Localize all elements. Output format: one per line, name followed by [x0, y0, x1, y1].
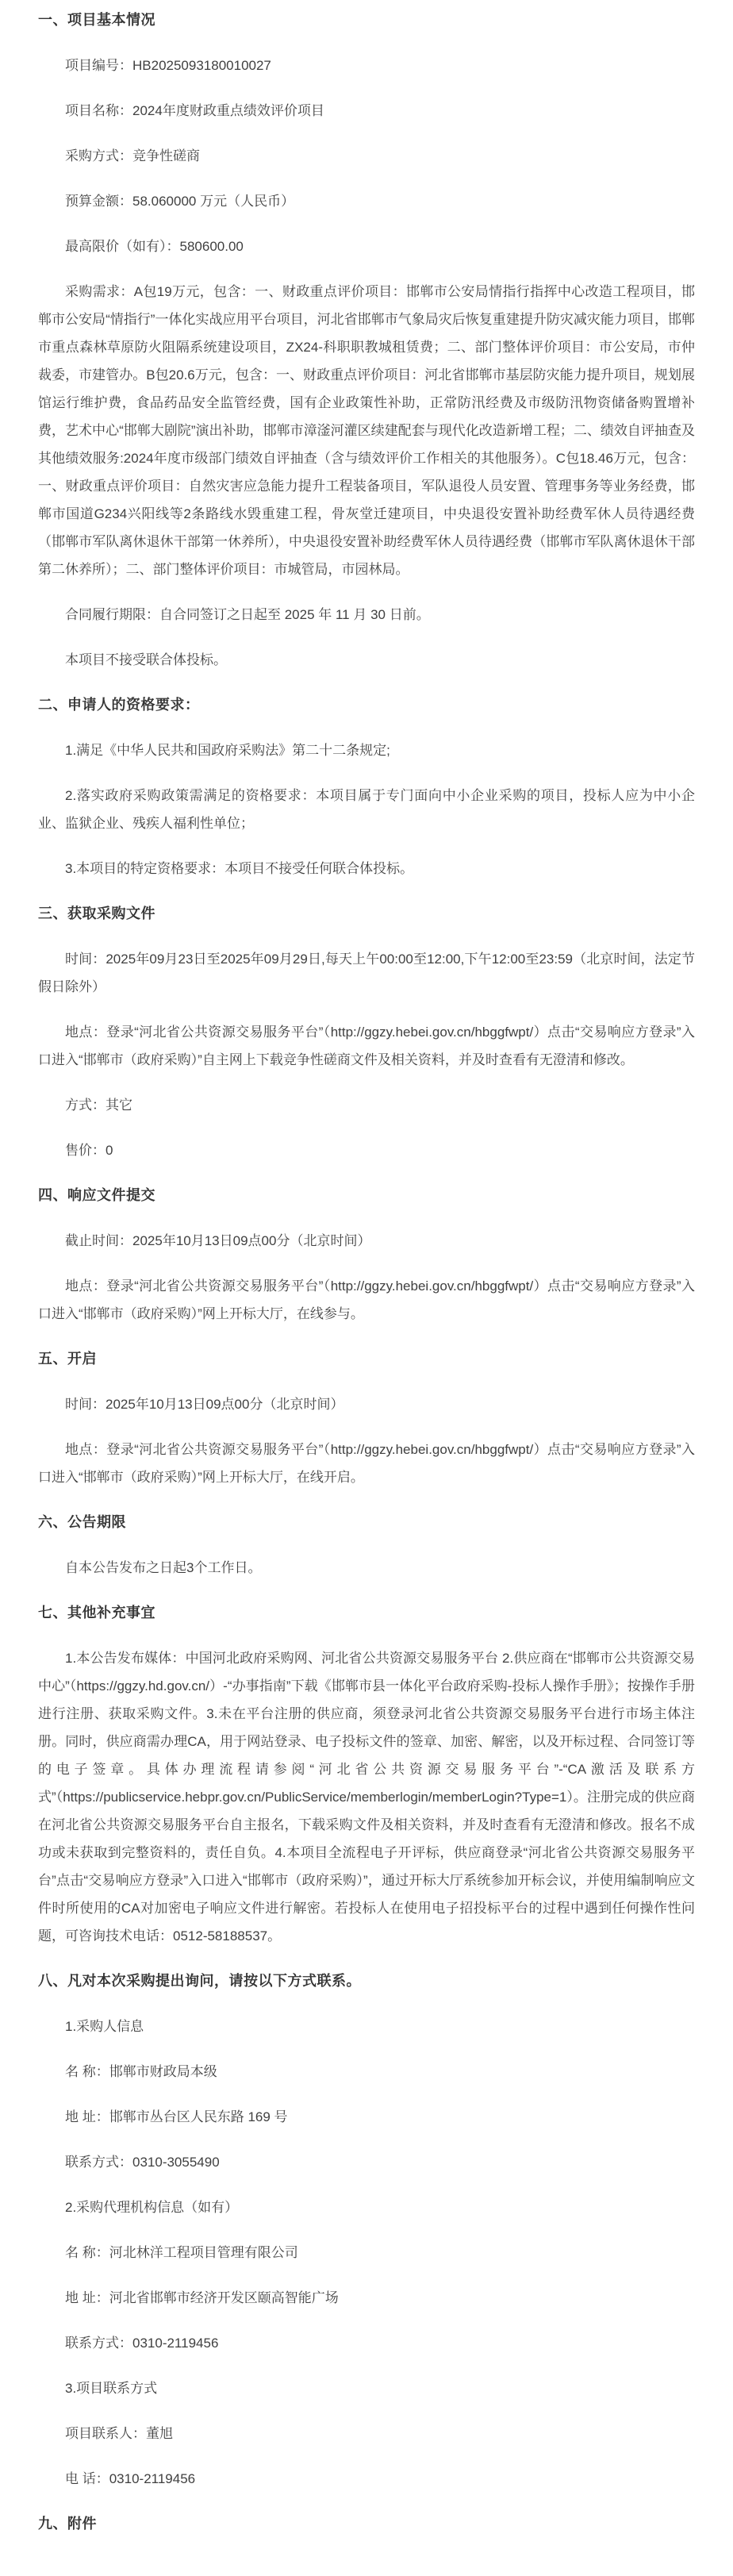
section-heading-basic-info: 一、项目基本情况 — [38, 6, 695, 34]
qualification-item-1: 1.满足《中华人民共和国政府采购法》第二十二条规定; — [38, 736, 695, 764]
obtain-documents-time: 时间：2025年09月23日至2025年09月29日,每天上午00:00至12:… — [38, 945, 695, 1001]
section-heading-response-submission: 四、响应文件提交 — [38, 1182, 695, 1209]
project-contact-person: 项目联系人：董旭 — [38, 2420, 695, 2447]
procurement-notice-document: 一、项目基本情况 项目编号：HB2025093180010027 项目名称：20… — [0, 0, 733, 2576]
section-heading-applicant-qualifications: 二、申请人的资格要求： — [38, 691, 695, 719]
qualification-item-2: 2.落实政府采购政策需满足的资格要求：本项目属于专门面向中小企业采购的项目，投标… — [38, 782, 695, 837]
agency-name: 名 称：河北林洋工程项目管理有限公司 — [38, 2239, 695, 2266]
section-heading-obtain-documents: 三、获取采购文件 — [38, 900, 695, 928]
project-number: 项目编号：HB2025093180010027 — [38, 52, 695, 79]
max-price-limit: 最高限价（如有）：580600.00 — [38, 233, 695, 260]
opening-time: 时间：2025年10月13日09点00分（北京时间） — [38, 1390, 695, 1418]
purchaser-name: 名 称：邯郸市财政局本级 — [38, 2058, 695, 2086]
obtain-documents-price: 售价：0 — [38, 1136, 695, 1164]
section-heading-attachments: 九、附件 — [38, 2510, 695, 2538]
section-heading-announcement-period: 六、公告期限 — [38, 1509, 695, 1536]
other-matters-text: 1.本公告发布媒体：中国河北政府采购网、河北省公共资源交易服务平台 2.供应商在… — [38, 1644, 695, 1950]
agency-address: 地 址：河北省邯郸市经济开发区颐高智能广场 — [38, 2284, 695, 2312]
purchaser-phone: 联系方式：0310-3055490 — [38, 2148, 695, 2176]
section-heading-contact-info: 八、凡对本次采购提出询问，请按以下方式联系。 — [38, 1967, 695, 1995]
project-contact-phone: 电 话：0310-2119456 — [38, 2465, 695, 2493]
submission-location: 地点：登录“河北省公共资源交易服务平台”（http://ggzy.hebei.g… — [38, 1272, 695, 1328]
agency-phone: 联系方式：0310-2119456 — [38, 2329, 695, 2357]
section-heading-opening: 五、开启 — [38, 1345, 695, 1373]
budget-amount: 预算金额：58.060000 万元（人民币） — [38, 187, 695, 215]
purchaser-info-label: 1.采购人信息 — [38, 2013, 695, 2040]
procurement-method: 采购方式：竞争性磋商 — [38, 142, 695, 170]
contract-performance-period: 合同履行期限：自合同签订之日起至 2025 年 11 月 30 日前。 — [38, 601, 695, 629]
no-consortium-bidding-note: 本项目不接受联合体投标。 — [38, 646, 695, 674]
submission-deadline: 截止时间：2025年10月13日09点00分（北京时间） — [38, 1227, 695, 1255]
obtain-documents-method: 方式：其它 — [38, 1091, 695, 1119]
project-name: 项目名称：2024年度财政重点绩效评价项目 — [38, 97, 695, 125]
agency-info-label: 2.采购代理机构信息（如有） — [38, 2193, 695, 2221]
procurement-requirements: 采购需求：A包19万元，包含：一、财政重点评价项目：邯郸市公安局情指行指挥中心改… — [38, 278, 695, 583]
qualification-item-3: 3.本项目的特定资格要求：本项目不接受任何联合体投标。 — [38, 855, 695, 882]
opening-location: 地点：登录“河北省公共资源交易服务平台”（http://ggzy.hebei.g… — [38, 1436, 695, 1491]
announcement-period-text: 自本公告发布之日起3个工作日。 — [38, 1554, 695, 1582]
project-contact-label: 3.项目联系方式 — [38, 2374, 695, 2402]
purchaser-address: 地 址：邯郸市丛台区人民东路 169 号 — [38, 2103, 695, 2131]
obtain-documents-location: 地点：登录“河北省公共资源交易服务平台”（http://ggzy.hebei.g… — [38, 1018, 695, 1074]
section-heading-other-matters: 七、其他补充事宜 — [38, 1599, 695, 1627]
